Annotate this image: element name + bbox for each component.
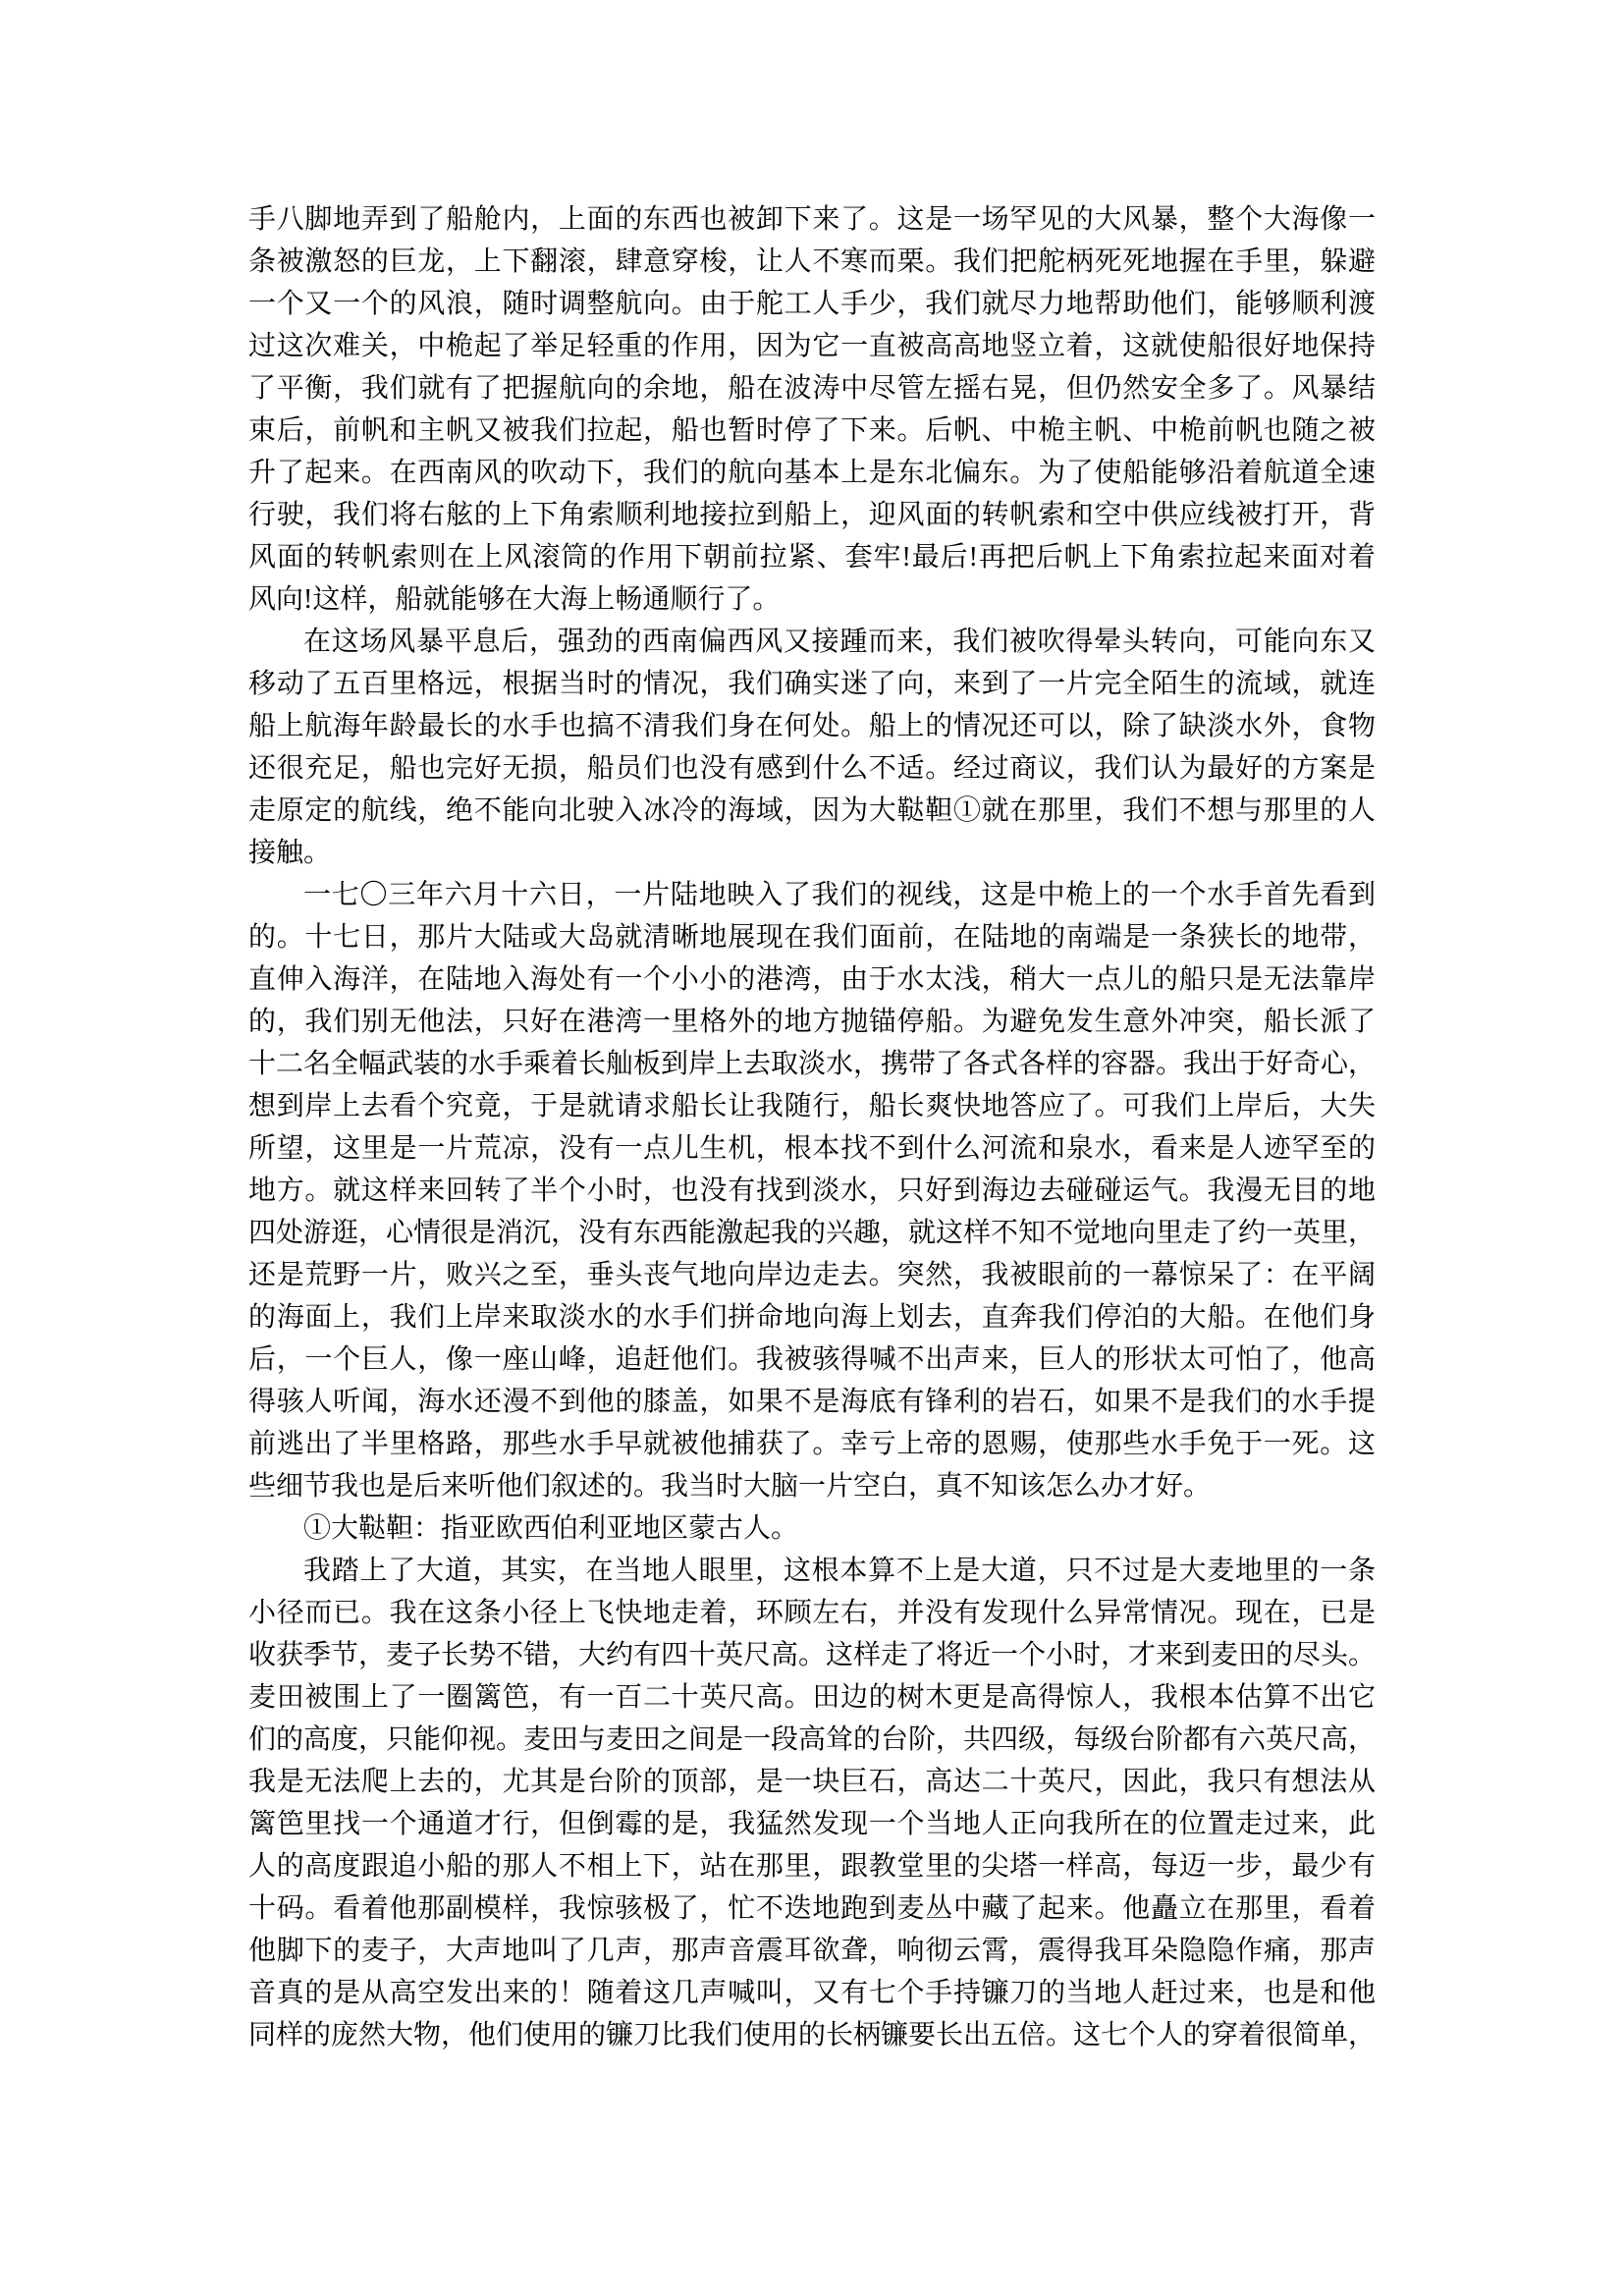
text-line: 后，一个巨人，像一座山峰，追赶他们。我被骇得喊不出声来，巨人的形状太可怕了，他高 [248,1339,1376,1381]
text-line: 想到岸上去看个究竟，于是就请求船长让我随行，船长爽快地答应了。可我们上岸后，大失 [248,1085,1376,1127]
text-line: 还很充足，船也完好无损，船员们也没有感到什么不适。经过商议，我们认为最好的方案是 [248,747,1376,790]
text-line: 四处游逛，心情很是消沉，没有东西能激起我的兴趣，就这样不知不觉地向里走了约一英里… [248,1212,1376,1254]
document-page: 手八脚地弄到了船舱内，上面的东西也被卸下来了。这是一场罕见的大风暴，整个大海像一… [0,0,1623,2296]
text-line: 直伸入海洋，在陆地入海处有一个小小的港湾，由于水太浅，稍大一点儿的船只是无法靠岸 [248,958,1376,1001]
text-line: 在这场风暴平息后，强劲的西南偏西风又接踵而来，我们被吹得晕头转向，可能向东又 [248,621,1376,663]
text-line: 小径而已。我在这条小径上飞快地走着，环顾左右，并没有发现什么异常情况。现在，已是 [248,1592,1376,1634]
text-line: 风面的转帆索则在上风滚筒的作用下朝前拉紧、套牢!最后!再把后帆上下角索拉起来面对… [248,536,1376,578]
text-line: 接触。 [248,832,1376,874]
footnote-line: ①大鞑靼：指亚欧西伯利亚地区蒙古人。 [248,1507,1376,1550]
text-line: 了平衡，我们就有了把握航向的余地，船在波涛中尽管左摇右晃，但仍然安全多了。风暴结 [248,367,1376,410]
text-line: 十二名全幅武装的水手乘着长舢板到岸上去取淡水，携带了各式各样的容器。我出于好奇心… [248,1043,1376,1085]
text-line: 我是无法爬上去的，尤其是台阶的顶部，是一块巨石，高达二十英尺，因此，我只有想法从 [248,1761,1376,1803]
text-line: 的。十七日，那片大陆或大岛就清晰地展现在我们面前，在陆地的南端是一条狭长的地带， [248,916,1376,958]
text-line: 走原定的航线，绝不能向北驶入冰冷的海域，因为大鞑靼①就在那里，我们不想与那里的人 [248,790,1376,832]
text-line: 同样的庞然大物，他们使用的镰刀比我们使用的长柄镰要长出五倍。这七个人的穿着很简单… [248,2014,1376,2056]
text-line: 行驶，我们将右舷的上下角索顺利地接拉到船上，迎风面的转帆索和空中供应线被打开，背 [248,494,1376,536]
text-line: 篱笆里找一个通道才行，但倒霉的是，我猛然发现一个当地人正向我所在的位置走过来，此 [248,1803,1376,1845]
text-line: 手八脚地弄到了船舱内，上面的东西也被卸下来了。这是一场罕见的大风暴，整个大海像一 [248,198,1376,241]
text-line: 我踏上了大道，其实，在当地人眼里，这根本算不上是大道，只不过是大麦地里的一条 [248,1550,1376,1592]
text-line: 得骇人听闻，海水还漫不到他的膝盖，如果不是海底有锋利的岩石，如果不是我们的水手提 [248,1381,1376,1423]
text-line: 十码。看着他那副模样，我惊骇极了，忙不迭地跑到麦丛中藏了起来。他矗立在那里，看着 [248,1887,1376,1930]
text-line: 船上航海年龄最长的水手也搞不清我们身在何处。船上的情况还可以，除了缺淡水外，食物 [248,705,1376,747]
document-body: 手八脚地弄到了船舱内，上面的东西也被卸下来了。这是一场罕见的大风暴，整个大海像一… [248,198,1376,2056]
text-line: 还是荒野一片，败兴之至，垂头丧气地向岸边走去。突然，我被眼前的一幕惊呆了：在平阔 [248,1254,1376,1296]
text-line: 前逃出了半里格路，那些水手早就被他捕获了。幸亏上帝的恩赐，使那些水手免于一死。这 [248,1423,1376,1465]
text-line: 收获季节，麦子长势不错，大约有四十英尺高。这样走了将近一个小时，才来到麦田的尽头… [248,1634,1376,1676]
text-line: 条被激怒的巨龙，上下翻滚，肆意穿梭，让人不寒而栗。我们把舵柄死死地握在手里，躲避 [248,241,1376,283]
text-line: 一七〇三年六月十六日，一片陆地映入了我们的视线，这是中桅上的一个水手首先看到 [248,874,1376,916]
text-line: 麦田被围上了一圈篱笆，有一百二十英尺高。田边的树木更是高得惊人，我根本估算不出它 [248,1676,1376,1719]
text-line: 人的高度跟追小船的那人不相上下，站在那里，跟教堂里的尖塔一样高，每迈一步，最少有 [248,1845,1376,1887]
text-line: 所望，这里是一片荒凉，没有一点儿生机，根本找不到什么河流和泉水，看来是人迹罕至的 [248,1127,1376,1170]
text-line: 束后，前帆和主帆又被我们拉起，船也暂时停了下来。后帆、中桅主帆、中桅前帆也随之被 [248,410,1376,452]
text-line: 的海面上，我们上岸来取淡水的水手们拼命地向海上划去，直奔我们停泊的大船。在他们身 [248,1296,1376,1339]
text-line: 的，我们别无他法，只好在港湾一里格外的地方抛锚停船。为避免发生意外冲突，船长派了 [248,1001,1376,1043]
text-line: 升了起来。在西南风的吹动下，我们的航向基本上是东北偏东。为了使船能够沿着航道全速 [248,452,1376,494]
text-line: 地方。就这样来回转了半个小时，也没有找到淡水，只好到海边去碰碰运气。我漫无目的地 [248,1170,1376,1212]
text-line: 移动了五百里格远，根据当时的情况，我们确实迷了向，来到了一片完全陌生的流域，就连 [248,663,1376,705]
text-line: 们的高度，只能仰视。麦田与麦田之间是一段高耸的台阶，共四级，每级台阶都有六英尺高… [248,1719,1376,1761]
text-line: 风向!这样，船就能够在大海上畅通顺行了。 [248,578,1376,621]
text-line: 他脚下的麦子，大声地叫了几声，那声音震耳欲聋，响彻云霄，震得我耳朵隐隐作痛，那声 [248,1930,1376,1972]
text-line: 音真的是从高空发出来的！随着这几声喊叫，又有七个手持镰刀的当地人赶过来，也是和他 [248,1972,1376,2014]
text-line: 些细节我也是后来听他们叙述的。我当时大脑一片空白，真不知该怎么办才好。 [248,1465,1376,1507]
text-line: 过这次难关，中桅起了举足轻重的作用，因为它一直被高高地竖立着，这就使船很好地保持 [248,325,1376,367]
text-line: 一个又一个的风浪，随时调整航向。由于舵工人手少，我们就尽力地帮助他们，能够顺利渡 [248,283,1376,325]
